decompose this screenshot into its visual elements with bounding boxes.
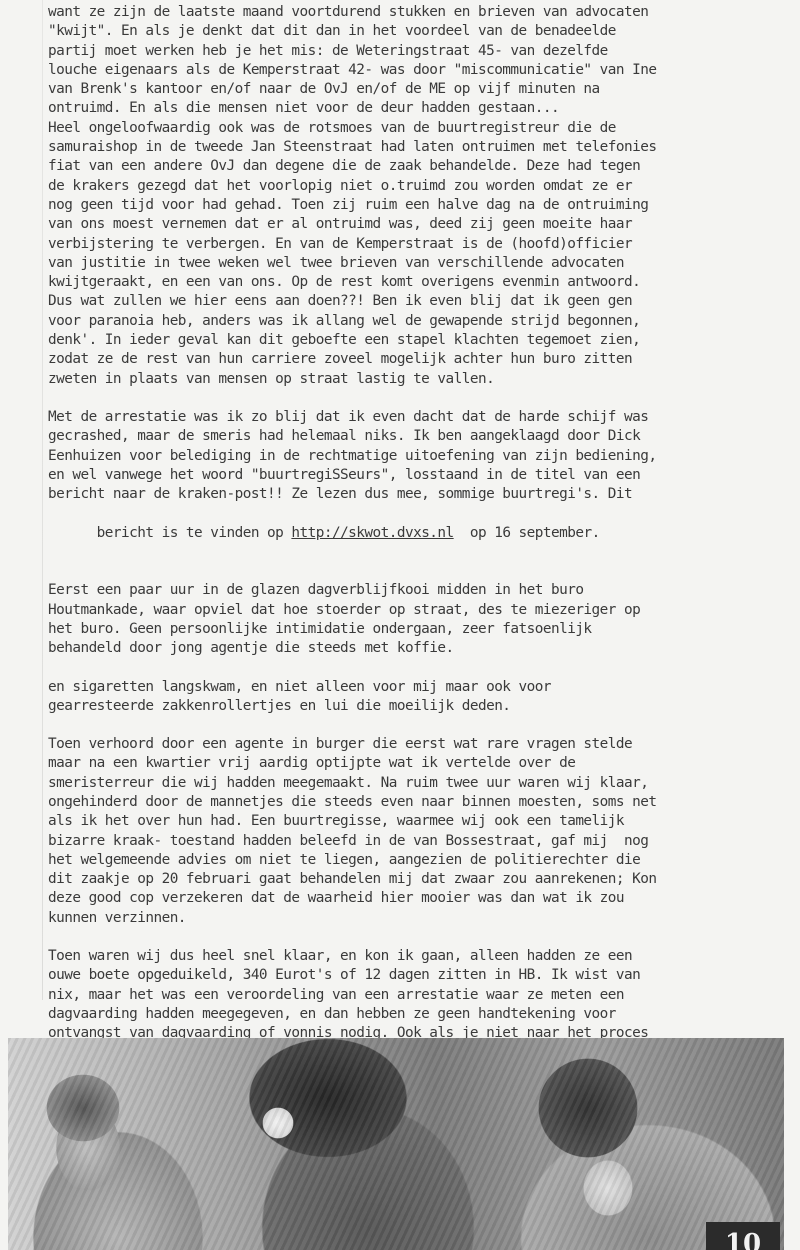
website-link[interactable]: http://skwot.dvxs.nl [291,524,453,541]
soldiers-photo [8,1038,784,1250]
paragraph-line: als ik het over hun had. Een buurtregiss… [48,811,782,830]
paragraph-line: partij moet werken heb je het mis: de We… [48,41,782,60]
paragraph-line: van ons moest vernemen dat er al ontruim… [48,214,782,233]
paragraph-line: en sigaretten langskwam, en niet alleen … [48,677,782,696]
paragraph-line: het welgemeende advies om niet te liegen… [48,850,782,869]
paragraph-line: gearresteerde zakkenrollertjes en lui di… [48,696,782,715]
paragraph-line: kunnen verzinnen. [48,908,782,927]
paragraph-line: de krakers gezegd dat het voorlopig niet… [48,176,782,195]
paragraph-line: ontruimd. En als die mensen niet voor de… [48,98,782,117]
page-margin-line [42,0,43,1000]
line-prefix: bericht is te vinden op [97,524,292,541]
paragraph-line: smeristerreur die wij hadden meegemaakt.… [48,773,782,792]
paragraph-line: zodat ze de rest van hun carriere zoveel… [48,349,782,368]
paragraph-line: want ze zijn de laatste maand voortduren… [48,2,782,21]
paragraph-line: zweten in plaats van mensen op straat la… [48,369,782,388]
paragraph-line: Eerst een paar uur in de glazen dagverbl… [48,580,782,599]
paragraph-line: deze good cop verzekeren dat de waarheid… [48,888,782,907]
page-number: 10 [706,1222,780,1250]
paragraph-line: dagvaarding hadden meegegeven, en dan he… [48,1004,782,1023]
paragraph-line: maar na een kwartier vrij aardig optijpt… [48,753,782,772]
paragraph-line: het buro. Geen persoonlijke intimidatie … [48,619,782,638]
paragraph-line: dit zaakje op 20 februari gaat behandele… [48,869,782,888]
paragraph-line: denk'. In ieder geval kan dit geboefte e… [48,330,782,349]
paragraph-line: nix, maar het was een veroordeling van e… [48,985,782,1004]
paragraph-line: bizarre kraak- toestand hadden beleefd i… [48,831,782,850]
paragraph-line: verbijstering te verbergen. En van de Ke… [48,234,782,253]
line-suffix: op 16 september. [454,524,600,541]
paragraph-line: kwijtgeraakt, en een van ons. Op de rest… [48,272,782,291]
paragraph-1: want ze zijn de laatste maand voortduren… [48,2,793,388]
paragraph-line: voor paranoia heb, anders was ik allang … [48,311,782,330]
paragraph-3: Eerst een paar uur in de glazen dagverbl… [48,580,793,657]
paragraph-2: Met de arrestatie was ik zo blij dat ik … [48,407,793,561]
paragraph-line: "kwijt". En als je denkt dat dit dan in … [48,21,782,40]
paragraph-line: Heel ongeloofwaardig ook was de rotsmoes… [48,118,782,137]
paragraph-line: bericht naar de kraken-post!! Ze lezen d… [48,484,782,503]
paragraph-line: Eenhuizen voor belediging in de rechtmat… [48,446,782,465]
paragraph-line: nog geen tijd voor had gehad. Toen zij r… [48,195,782,214]
paragraph-line: Dus wat zullen we hier eens aan doen??! … [48,291,782,310]
paragraph-line: Met de arrestatie was ik zo blij dat ik … [48,407,782,426]
paragraph-line: samuraishop in de tweede Jan Steenstraat… [48,137,782,156]
paragraph-line: fiat van een andere OvJ dan degene die d… [48,156,782,175]
paragraph-line: Houtmankade, waar opviel dat hoe stoerde… [48,600,782,619]
paragraph-line: louche eigenaars als de Kemperstraat 42-… [48,60,782,79]
paragraph-line: bericht is te vinden op http://skwot.dvx… [48,503,782,561]
paragraph-line: van Brenk's kantoor en/of naar de OvJ en… [48,79,782,98]
paragraph-line: Toen waren wij dus heel snel klaar, en k… [48,946,782,965]
paragraph-line: ongehinderd door de mannetjes die steeds… [48,792,782,811]
paragraph-5: Toen verhoord door een agente in burger … [48,734,793,927]
paragraph-4: en sigaretten langskwam, en niet alleen … [48,677,793,716]
paragraph-line: behandeld door jong agentje die steeds m… [48,638,782,657]
paragraph-line: ouwe boete opgeduikeld, 340 Eurot's of 1… [48,965,782,984]
paragraph-line: en wel vanwege het woord "buurtregiSSeur… [48,465,782,484]
paragraph-line: van justitie in twee weken wel twee brie… [48,253,782,272]
paragraph-line: Toen verhoord door een agente in burger … [48,734,782,753]
paragraph-line: gecrashed, maar de smeris had helemaal n… [48,426,782,445]
